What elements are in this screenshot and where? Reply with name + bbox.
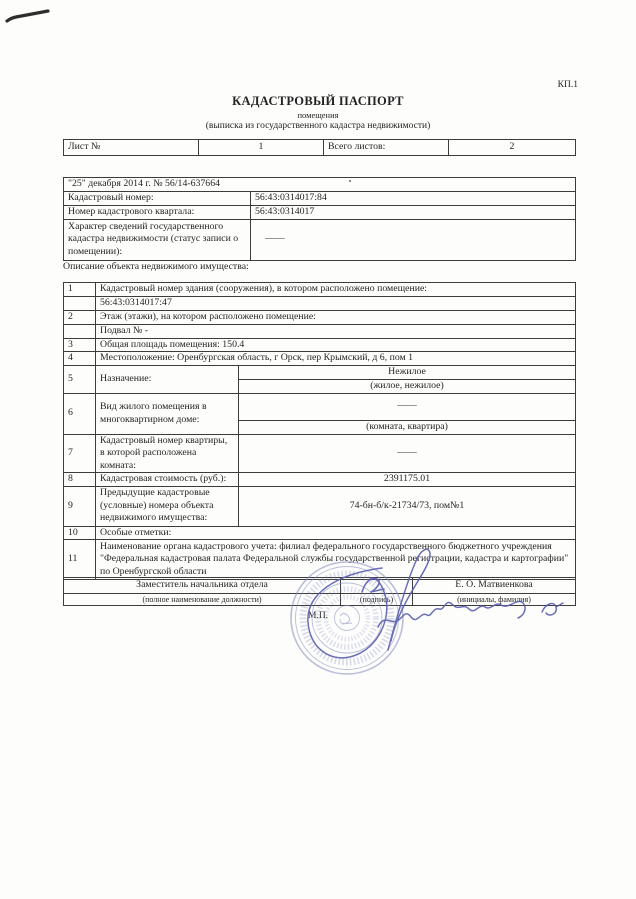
document-title: КАДАСТРОВЫЙ ПАСПОРТ xyxy=(0,94,636,109)
row-number: 9 xyxy=(64,486,96,526)
quarter-number-value: 56:43:0314017 xyxy=(251,206,576,220)
table-row: 4 Местоположение: Оренбургская область, … xyxy=(64,352,576,366)
total-sheets-label: Всего листов: xyxy=(324,140,449,156)
total-sheets-number: 2 xyxy=(449,140,576,156)
document-subtitle: помещения xyxy=(0,110,636,120)
flat-number-label: Кадастровый номер квартиры, в которой ра… xyxy=(96,434,239,473)
scan-artifact-dot xyxy=(349,180,351,182)
cadastral-value-label: Кадастровая стоимость (руб.): xyxy=(96,473,239,487)
table-row: 6 Вид жилого помещения в многоквартирном… xyxy=(64,393,576,420)
table-row: Заместитель начальника отдела Е. О. Матв… xyxy=(64,578,576,594)
cadastral-passport-sheet: КП.1 КАДАСТРОВЫЙ ПАСПОРТ помещения (выпи… xyxy=(0,0,636,899)
form-code: КП.1 xyxy=(558,80,578,90)
row-number: 8 xyxy=(64,473,96,487)
position-hint: (полное наименование должности) xyxy=(64,594,341,606)
registration-meta-table: "25" декабря 2014 г. № 56/14-637664 Када… xyxy=(63,177,576,261)
table-row: 11 Наименование органа кадастрового учет… xyxy=(64,540,576,580)
table-row: (полное наименование должности) (подпись… xyxy=(64,594,576,606)
row-number: 2 xyxy=(64,311,96,325)
sheet-label: Лист № xyxy=(64,140,199,156)
table-row: 56:43:0314017:47 xyxy=(64,297,576,311)
signature-table: Заместитель начальника отдела Е. О. Матв… xyxy=(63,577,576,606)
date-and-number: "25" декабря 2014 г. № 56/14-637664 xyxy=(64,178,576,192)
dwelling-type-value: —— xyxy=(239,393,576,420)
row-number: 7 xyxy=(64,434,96,473)
table-row: 5 Назначение: Нежилое xyxy=(64,365,576,379)
table-row: 7 Кадастровый номер квартиры, в которой … xyxy=(64,434,576,473)
table-row: Номер кадастрового квартала: 56:43:03140… xyxy=(64,206,576,220)
row-number: 4 xyxy=(64,352,96,366)
floor-value: Подвал № - xyxy=(96,325,576,339)
location: Местоположение: Оренбургская область, г … xyxy=(96,352,576,366)
cadastral-value: 2391175.01 xyxy=(239,473,576,487)
name-hint: (инициалы, фамилия) xyxy=(413,594,576,606)
table-row: 8 Кадастровая стоимость (руб.): 2391175.… xyxy=(64,473,576,487)
document-subtitle-note: (выписка из государственного кадастра не… xyxy=(0,121,636,131)
table-row: 1 Кадастровый номер здания (сооружения),… xyxy=(64,283,576,297)
previous-numbers-label: Предыдущие кадастровые (условные) номера… xyxy=(96,486,239,526)
row-number: 5 xyxy=(64,365,96,393)
table-row: 3 Общая площадь помещения: 150.4 xyxy=(64,338,576,352)
floor-label: Этаж (этажи), на котором расположено пом… xyxy=(96,311,576,325)
row-number: 3 xyxy=(64,338,96,352)
record-status-value: —— xyxy=(251,219,576,260)
special-notes-label: Особые отметки: xyxy=(96,526,576,540)
previous-numbers-value: 74-бн-б/к-21734/73, пом№1 xyxy=(239,486,576,526)
pen-mark xyxy=(7,11,48,21)
sheet-number: 1 xyxy=(199,140,324,156)
stamp-place-label: М.П. xyxy=(308,611,328,621)
building-number-label: Кадастровый номер здания (сооружения), в… xyxy=(96,283,576,297)
table-row: Характер сведений государственного кадас… xyxy=(64,219,576,260)
row-number: 10 xyxy=(64,526,96,540)
total-area: Общая площадь помещения: 150.4 xyxy=(96,338,576,352)
cadastral-number-value: 56:43:0314017:84 xyxy=(251,192,576,206)
table-row: "25" декабря 2014 г. № 56/14-637664 xyxy=(64,178,576,192)
table-row: Кадастровый номер: 56:43:0314017:84 xyxy=(64,192,576,206)
purpose-hint: (жилое, нежилое) xyxy=(239,379,576,393)
row-number: 1 xyxy=(64,283,96,297)
object-description-table: 1 Кадастровый номер здания (сооружения),… xyxy=(63,282,576,580)
purpose-value: Нежилое xyxy=(239,365,576,379)
flat-number-value: —— xyxy=(239,434,576,473)
cadastral-number-label: Кадастровый номер: xyxy=(64,192,251,206)
signature-hint: (подпись) xyxy=(341,594,413,606)
table-row: Подвал № - xyxy=(64,325,576,339)
record-status-label: Характер сведений государственного кадас… xyxy=(64,219,251,260)
purpose-label: Назначение: xyxy=(96,365,239,393)
sheet-number-table: Лист № 1 Всего листов: 2 xyxy=(63,139,576,156)
position-title: Заместитель начальника отдела xyxy=(64,578,341,594)
building-number-value: 56:43:0314017:47 xyxy=(96,297,576,311)
row-number: 6 xyxy=(64,393,96,434)
section-caption: Описание объекта недвижимого имущества: xyxy=(63,261,249,272)
table-row: 9 Предыдущие кадастровые (условные) номе… xyxy=(64,486,576,526)
quarter-number-label: Номер кадастрового квартала: xyxy=(64,206,251,220)
authority-name: Наименование органа кадастрового учета: … xyxy=(96,540,576,580)
table-row: 10 Особые отметки: xyxy=(64,526,576,540)
dwelling-type-hint: (комната, квартира) xyxy=(239,420,576,434)
table-row: Лист № 1 Всего листов: 2 xyxy=(64,140,576,156)
signatory-name: Е. О. Матвиенкова xyxy=(413,578,576,594)
signature-cell xyxy=(341,578,413,594)
table-row: 2 Этаж (этажи), на котором расположено п… xyxy=(64,311,576,325)
dwelling-type-label: Вид жилого помещения в многоквартирном д… xyxy=(96,393,239,434)
row-number: 11 xyxy=(64,540,96,580)
